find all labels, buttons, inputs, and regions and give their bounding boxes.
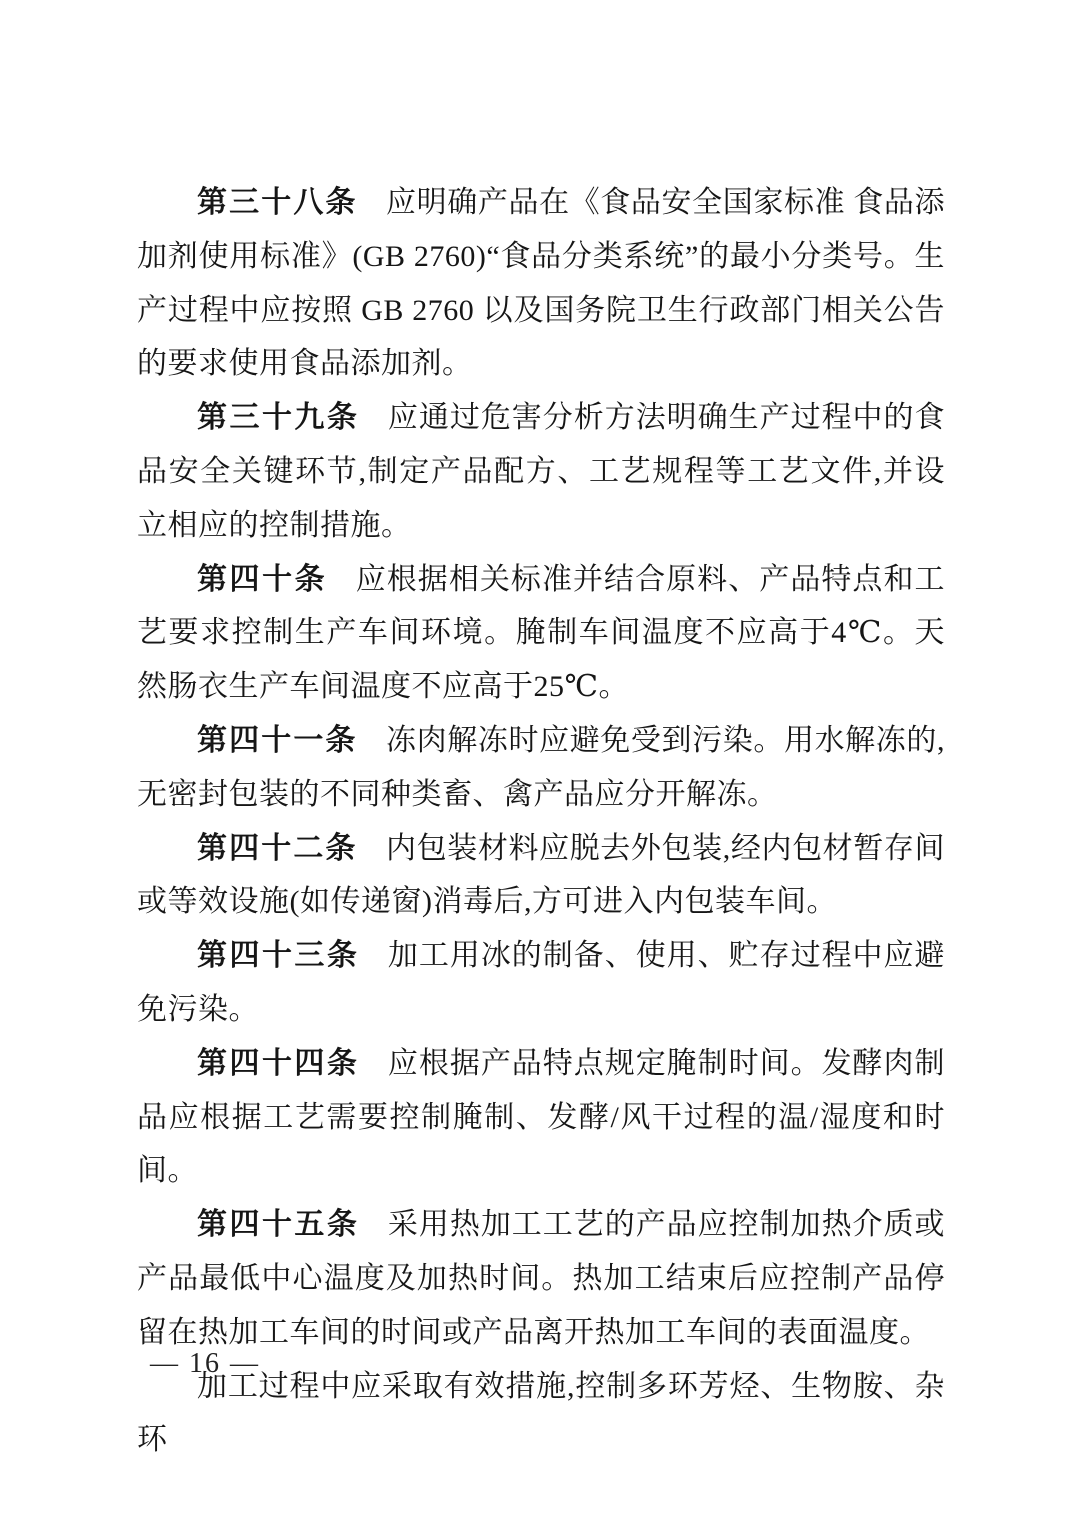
article-paragraph: 第三十九条应通过危害分析方法明确生产过程中的食品安全关键环节,制定产品配方、工艺… <box>137 391 945 552</box>
page-number: — 16 — <box>150 1348 260 1379</box>
article-paragraph: 第四十二条内包装材料应脱去外包装,经内包材暂存间或等效设施(如传递窗)消毒后,方… <box>137 822 945 930</box>
article-paragraph: 第四十条应根据相关标准并结合原料、产品特点和工艺要求控制生产车间环境。腌制车间温… <box>137 553 945 714</box>
article-number: 第四十条 <box>197 563 327 596</box>
article-number: 第三十八条 <box>197 186 358 219</box>
article-number: 第四十四条 <box>197 1047 359 1080</box>
article-paragraph: 第四十一条冻肉解冻时应避免受到污染。用水解冻的,无密封包装的不同种类畜、禽产品应… <box>137 714 945 822</box>
article-paragraph: 第四十四条应根据产品特点规定腌制时间。发酵肉制品应根据工艺需要控制腌制、发酵/风… <box>137 1037 945 1198</box>
article-paragraph: 第四十三条加工用冰的制备、使用、贮存过程中应避免污染。 <box>137 929 945 1037</box>
article-text: 加工过程中应采取有效措施,控制多环芳烃、生物胺、杂环 <box>137 1370 945 1457</box>
article-number: 第四十一条 <box>197 724 358 757</box>
article-paragraph: 第三十八条应明确产品在《食品安全国家标准 食品添加剂使用标准》(GB 2760)… <box>137 176 945 391</box>
document-body: 第三十八条应明确产品在《食品安全国家标准 食品添加剂使用标准》(GB 2760)… <box>137 176 945 1467</box>
article-number: 第三十九条 <box>197 401 359 434</box>
article-paragraph: 第四十五条采用热加工工艺的产品应控制加热介质或产品最低中心温度及加热时间。热加工… <box>137 1198 945 1359</box>
article-number: 第四十三条 <box>197 939 359 972</box>
article-number: 第四十二条 <box>197 832 358 865</box>
article-number: 第四十五条 <box>197 1208 359 1241</box>
page-footer: — 16 — <box>150 1348 260 1380</box>
document-page: 第三十八条应明确产品在《食品安全国家标准 食品添加剂使用标准》(GB 2760)… <box>0 0 1074 1520</box>
